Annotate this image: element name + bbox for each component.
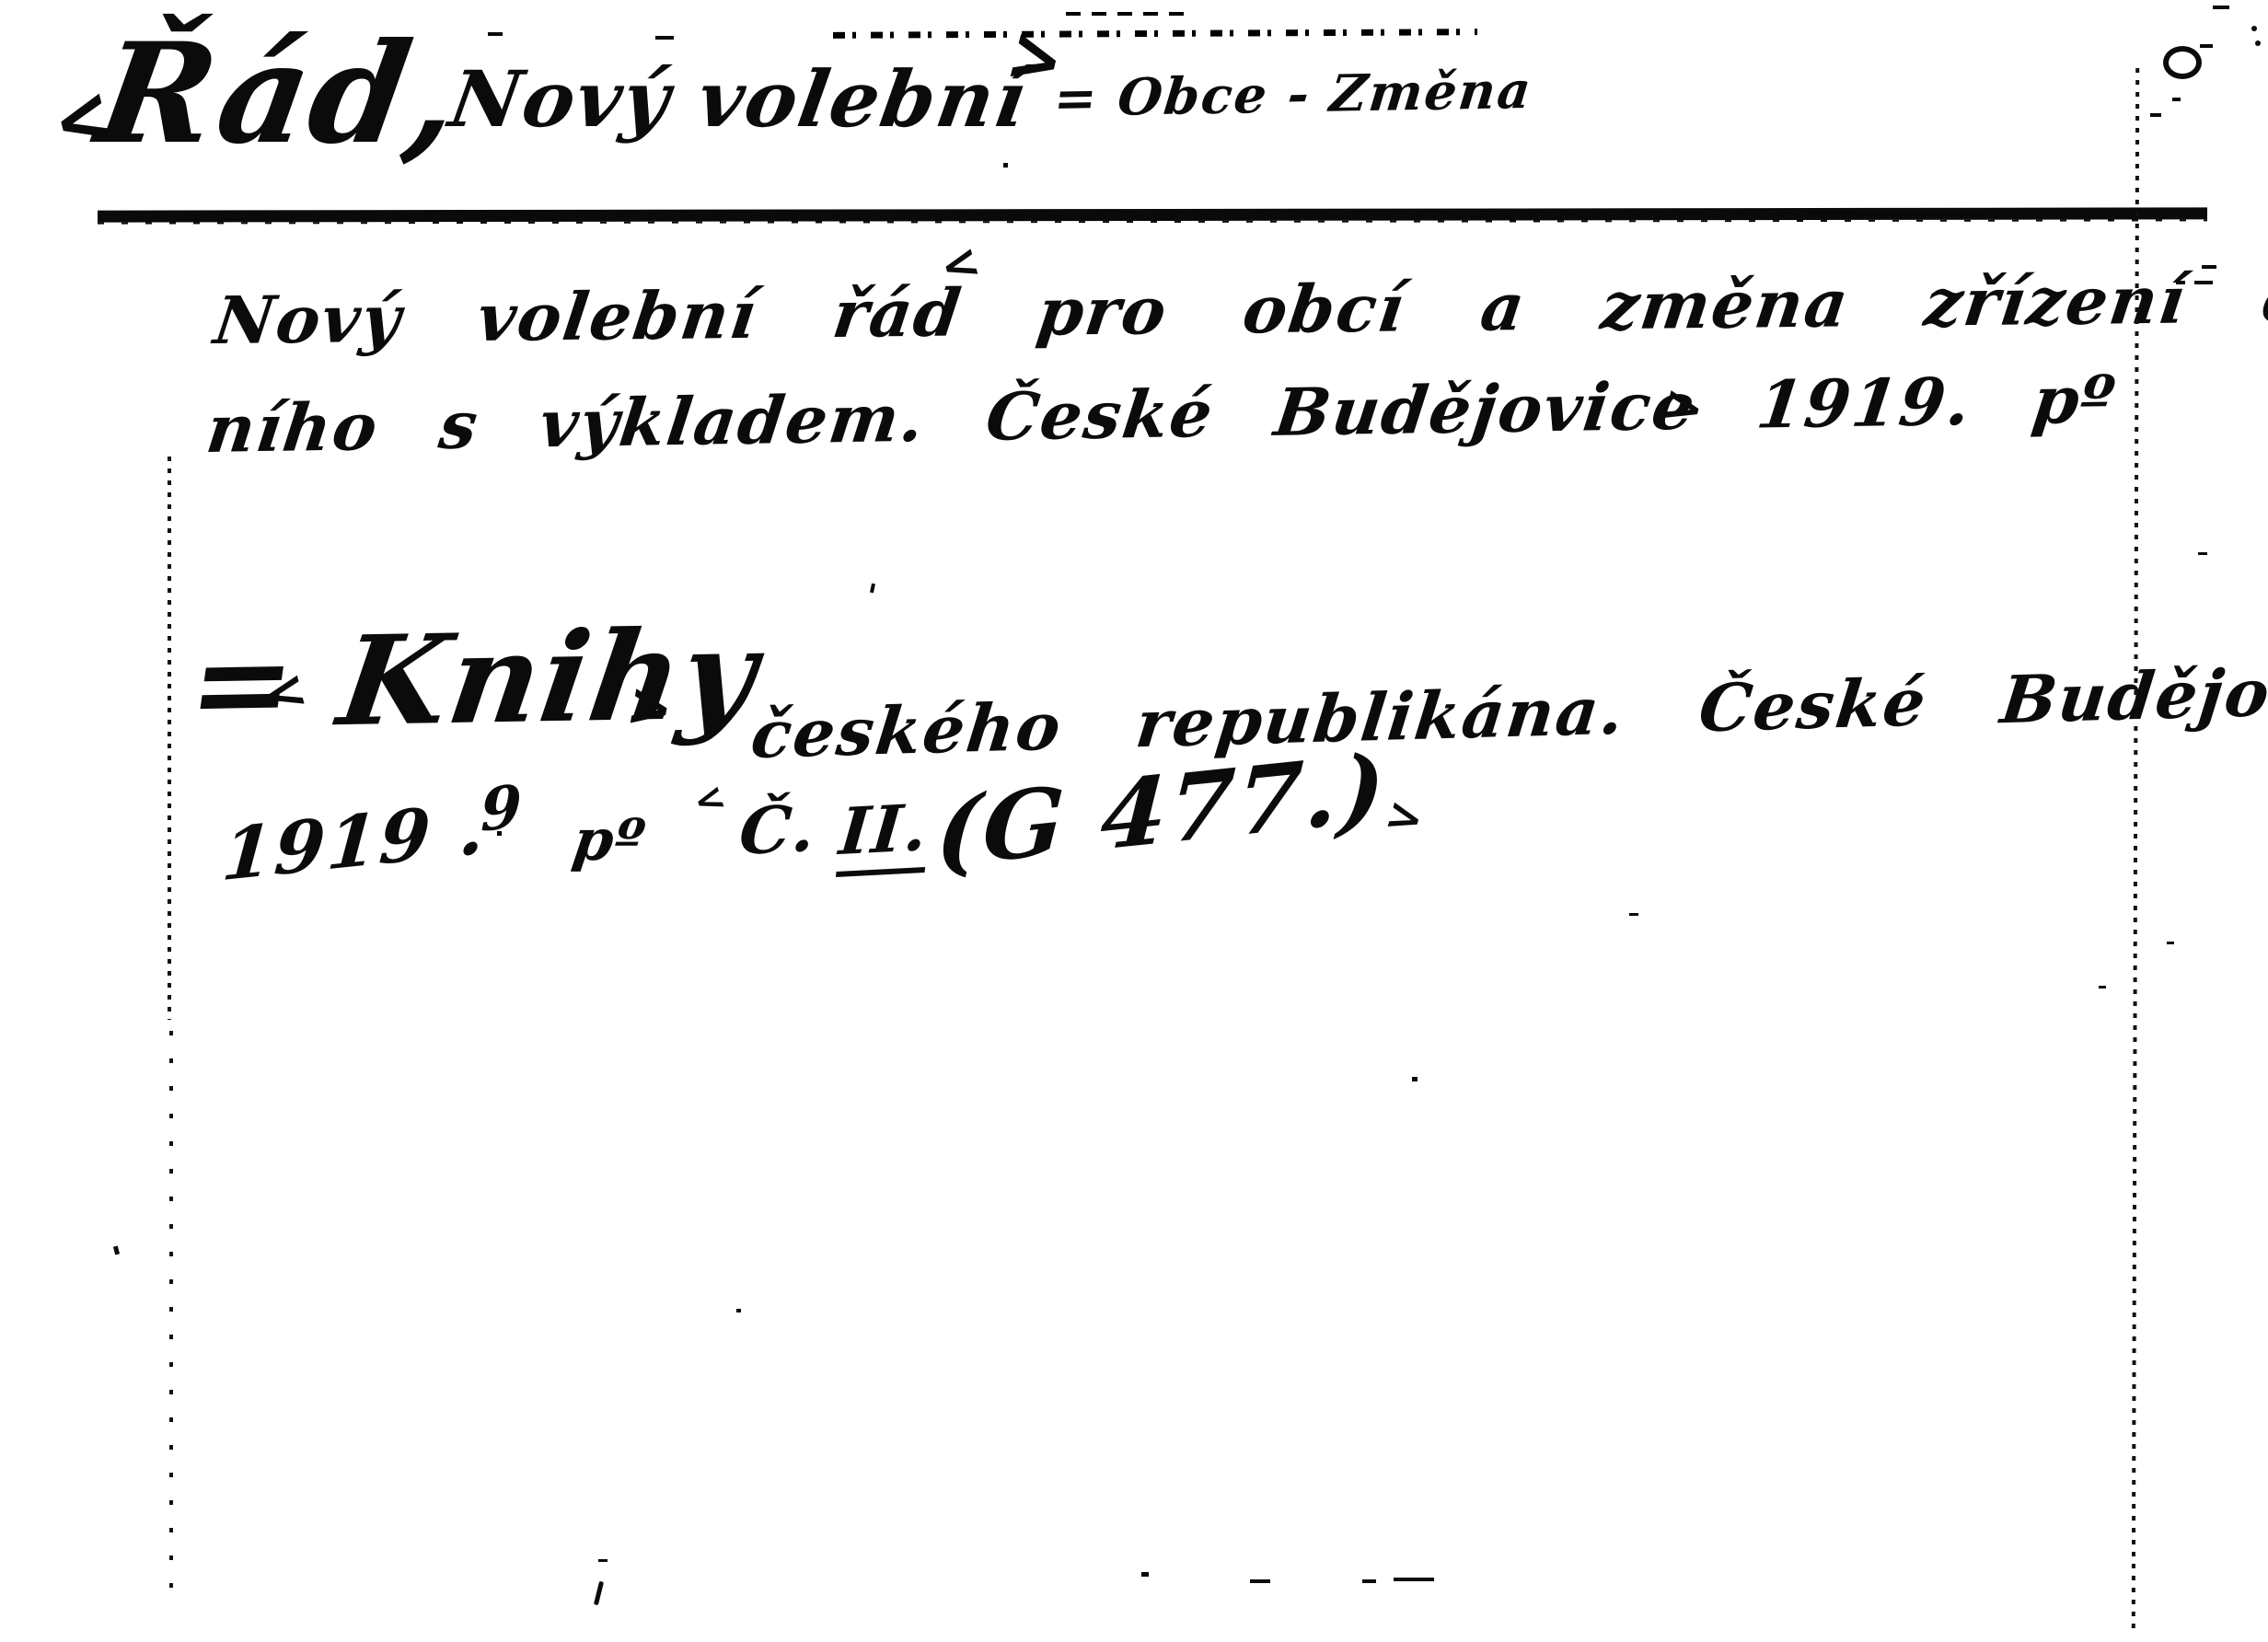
insertion-caret-icon: > [1380, 788, 1429, 848]
scan-noise-dash [655, 36, 674, 40]
entry2-series-rest: českého republikána. České Budějovice [747, 650, 2268, 773]
catalog-card: < Řád, Nový volební > = Obce - Změna < N… [0, 0, 2268, 1642]
bottom-dash [598, 1559, 607, 1562]
entry2-year: 1919 . [219, 787, 490, 897]
ink-speck [497, 831, 502, 836]
ink-speck [2099, 986, 2106, 989]
ink-speck [736, 1309, 741, 1312]
bottom-dash [1362, 1579, 1376, 1583]
insertion-caret-icon: < [688, 775, 731, 825]
ink-speck [1629, 913, 1638, 916]
bottom-dash [1141, 1572, 1149, 1577]
scan-noise-speck [2251, 26, 2257, 31]
ink-speck [870, 584, 875, 594]
cross-reference: = Obce - Změna [1051, 60, 1535, 128]
scan-noise-speck [2255, 40, 2261, 46]
scan-noise-dash [2176, 281, 2185, 284]
left-dotted-rule-lower [169, 1031, 173, 1603]
scan-noise-dash [2202, 265, 2216, 269]
scan-noise-dash [2213, 6, 2229, 9]
entry2-series-title: = Knihy [180, 601, 767, 757]
entry2-volume-numeral: II. [836, 789, 931, 877]
header-rule [98, 207, 2207, 222]
bottom-dash [1250, 1579, 1270, 1583]
ink-speck [2167, 942, 2174, 944]
entry2-volume-letter: Č. [736, 790, 820, 870]
scan-noise-dash [2198, 552, 2207, 555]
bottom-dash [1394, 1578, 1434, 1581]
left-dotted-rule [168, 457, 171, 1020]
ink-speck [1003, 163, 1008, 168]
scan-noise-dash [488, 32, 503, 36]
card-heading-word: Řád, [87, 13, 472, 175]
scan-noise-band [833, 29, 1477, 39]
ink-speck [113, 1246, 120, 1255]
scan-noise-dash [2194, 281, 2213, 284]
entry2-abbreviation: pº [569, 806, 651, 873]
entry1-line2: ního s výkladem. České Budějovice 1919. … [202, 361, 2121, 468]
scan-noise-dash [2200, 44, 2213, 48]
scan-noise-dash [2150, 113, 2161, 117]
stray-stroke: 9 [480, 771, 524, 846]
bottom-slash-mark [594, 1581, 604, 1605]
ink-speck [1412, 1077, 1417, 1081]
entry1-line1: Nový volební řád pro obcí a změna zřízen… [210, 258, 2268, 359]
scan-noise-dash [2172, 98, 2181, 101]
scan-noise-band [1066, 12, 1191, 16]
card-heading-subtitle: Nový volební [444, 53, 1034, 145]
punch-hole-mark [2163, 46, 2202, 79]
